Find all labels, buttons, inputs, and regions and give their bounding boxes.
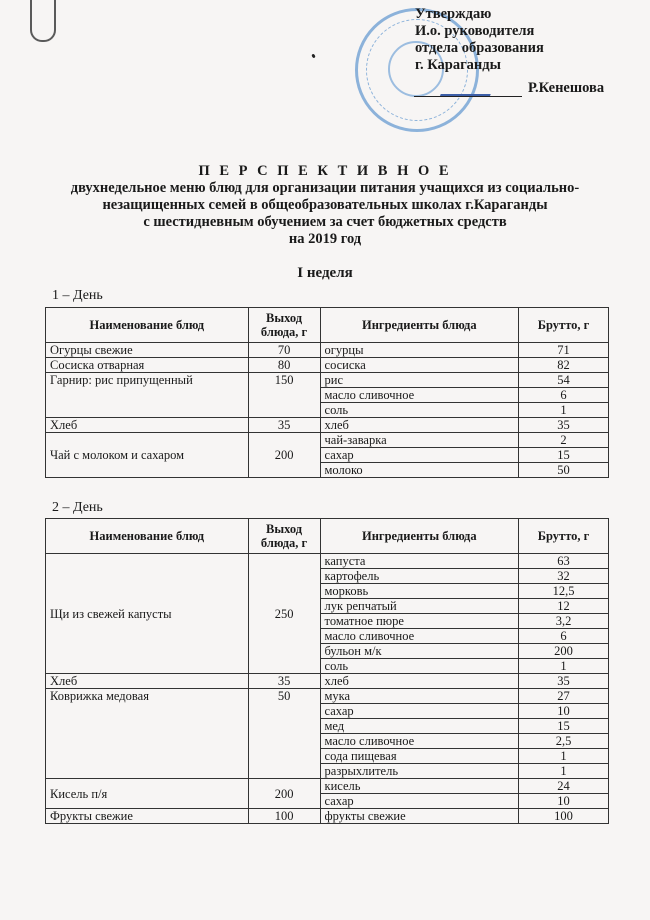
header-ingredients: Ингредиенты блюда: [320, 519, 519, 554]
header-gross: Брутто, г: [519, 308, 609, 343]
ingredient-gross: 100: [519, 809, 609, 824]
ingredient-name: масло сливочное: [320, 629, 519, 644]
table-row: Кисель п/я200кисель24: [46, 779, 609, 794]
table-row: Хлеб35хлеб35: [46, 674, 609, 689]
dish-yield: 100: [248, 809, 320, 824]
ingredient-name: разрыхлитель: [320, 764, 519, 779]
dish-name: Коврижка медовая: [46, 689, 249, 779]
title-main: П Е Р С П Е К Т И В Н О Е: [0, 163, 650, 180]
approval-line: г. Караганды: [415, 57, 544, 74]
ingredient-name: морковь: [320, 584, 519, 599]
approval-block: Утверждаю И.о. руководителя отдела образ…: [415, 6, 544, 74]
menu-table-day-2: Наименование блюдВыходблюда, гИнгредиент…: [45, 518, 609, 824]
signature-line: [414, 82, 522, 97]
signature-icon: [440, 74, 498, 96]
ingredient-gross: 1: [519, 403, 609, 418]
ingredient-gross: 32: [519, 569, 609, 584]
header-dish: Наименование блюд: [46, 519, 249, 554]
day-label: 2 – День: [52, 500, 103, 516]
signature-row: Р.Кенешова: [414, 80, 604, 97]
dish-name: Гарнир: рис припущенный: [46, 373, 249, 418]
approval-line: Утверждаю: [415, 6, 544, 23]
header-yield-line2: блюда, г: [261, 325, 307, 339]
ingredient-gross: 10: [519, 704, 609, 719]
ingredient-gross: 10: [519, 794, 609, 809]
ingredient-gross: 2: [519, 433, 609, 448]
dish-yield: 50: [248, 689, 320, 779]
header-dish: Наименование блюд: [46, 308, 249, 343]
dish-yield: 200: [248, 433, 320, 478]
ingredient-gross: 1: [519, 749, 609, 764]
ingredient-name: фрукты свежие: [320, 809, 519, 824]
dish-name: Огурцы свежие: [46, 343, 249, 358]
table-header-row: Наименование блюдВыходблюда, гИнгредиент…: [46, 308, 609, 343]
ingredient-name: масло сливочное: [320, 734, 519, 749]
title-line: на 2019 год: [0, 231, 650, 248]
ingredient-name: мед: [320, 719, 519, 734]
ingredient-gross: 200: [519, 644, 609, 659]
dish-yield: 35: [248, 418, 320, 433]
ingredient-name: масло сливочное: [320, 388, 519, 403]
dish-yield: 150: [248, 373, 320, 418]
ingredient-gross: 12: [519, 599, 609, 614]
dish-name: Хлеб: [46, 674, 249, 689]
ingredient-gross: 27: [519, 689, 609, 704]
header-ingredients: Ингредиенты блюда: [320, 308, 519, 343]
table-row: Гарнир: рис припущенный150рис54: [46, 373, 609, 388]
dish-yield: 70: [248, 343, 320, 358]
approval-line: И.о. руководителя: [415, 23, 544, 40]
ingredient-name: соль: [320, 403, 519, 418]
ingredient-name: томатное пюре: [320, 614, 519, 629]
table-row: Коврижка медовая50мука27: [46, 689, 609, 704]
table-row: Щи из свежей капусты250капуста63: [46, 554, 609, 569]
dish-name: Кисель п/я: [46, 779, 249, 809]
header-gross: Брутто, г: [519, 519, 609, 554]
ingredient-name: соль: [320, 659, 519, 674]
paperclip-icon: [30, 0, 56, 42]
document-page: Утверждаю И.о. руководителя отдела образ…: [0, 0, 650, 920]
header-yield: Выходблюда, г: [248, 308, 320, 343]
approval-line: отдела образования: [415, 40, 544, 57]
ingredient-gross: 12,5: [519, 584, 609, 599]
ingredient-gross: 35: [519, 418, 609, 433]
header-yield-line2: блюда, г: [261, 536, 307, 550]
ingredient-gross: 35: [519, 674, 609, 689]
dish-yield: 35: [248, 674, 320, 689]
header-yield-line1: Выход: [266, 311, 302, 325]
ingredient-gross: 71: [519, 343, 609, 358]
ingredient-gross: 54: [519, 373, 609, 388]
ingredient-gross: 15: [519, 719, 609, 734]
ingredient-gross: 2,5: [519, 734, 609, 749]
ingredient-name: чай-заварка: [320, 433, 519, 448]
ingredient-gross: 6: [519, 388, 609, 403]
ingredient-gross: 15: [519, 448, 609, 463]
title-line: с шестидневным обучением за счет бюджетн…: [0, 214, 650, 231]
dish-name: Фрукты свежие: [46, 809, 249, 824]
header-yield: Выходблюда, г: [248, 519, 320, 554]
dish-yield: 250: [248, 554, 320, 674]
ingredient-gross: 82: [519, 358, 609, 373]
menu-table-day-1: Наименование блюдВыходблюда, гИнгредиент…: [45, 307, 609, 478]
table-header-row: Наименование блюдВыходблюда, гИнгредиент…: [46, 519, 609, 554]
ingredient-name: огурцы: [320, 343, 519, 358]
ingredient-name: молоко: [320, 463, 519, 478]
header-yield-line1: Выход: [266, 522, 302, 536]
document-title: П Е Р С П Е К Т И В Н О Е двухнедельное …: [0, 163, 650, 248]
ingredient-name: картофель: [320, 569, 519, 584]
title-line: двухнедельное меню блюд для организации …: [0, 180, 650, 197]
ingredient-name: сахар: [320, 794, 519, 809]
title-line: незащищенных семей в общеобразовательных…: [0, 197, 650, 214]
dish-name: Сосиска отварная: [46, 358, 249, 373]
ingredient-name: кисель: [320, 779, 519, 794]
table-row: Огурцы свежие70огурцы71: [46, 343, 609, 358]
table-row: Хлеб35хлеб35: [46, 418, 609, 433]
dish-name: Щи из свежей капусты: [46, 554, 249, 674]
table-row: Чай с молоком и сахаром200чай-заварка2: [46, 433, 609, 448]
ingredient-gross: 6: [519, 629, 609, 644]
dish-yield: 80: [248, 358, 320, 373]
ingredient-name: лук репчатый: [320, 599, 519, 614]
ingredient-name: капуста: [320, 554, 519, 569]
table-row: Сосиска отварная80сосиска82: [46, 358, 609, 373]
table-row: Фрукты свежие100фрукты свежие100: [46, 809, 609, 824]
ink-speck: [311, 54, 316, 59]
ingredient-gross: 50: [519, 463, 609, 478]
ingredient-name: мука: [320, 689, 519, 704]
ingredient-name: хлеб: [320, 418, 519, 433]
ingredient-gross: 63: [519, 554, 609, 569]
signatory-name: Р.Кенешова: [528, 80, 604, 96]
ingredient-name: сосиска: [320, 358, 519, 373]
ingredient-name: сода пищевая: [320, 749, 519, 764]
ingredient-name: хлеб: [320, 674, 519, 689]
week-heading: I неделя: [0, 265, 650, 282]
dish-yield: 200: [248, 779, 320, 809]
ingredient-gross: 24: [519, 779, 609, 794]
ingredient-gross: 1: [519, 764, 609, 779]
dish-name: Чай с молоком и сахаром: [46, 433, 249, 478]
ingredient-name: сахар: [320, 704, 519, 719]
ingredient-name: сахар: [320, 448, 519, 463]
ingredient-name: рис: [320, 373, 519, 388]
ingredient-gross: 1: [519, 659, 609, 674]
ingredient-name: бульон м/к: [320, 644, 519, 659]
day-label: 1 – День: [52, 288, 103, 304]
ingredient-gross: 3,2: [519, 614, 609, 629]
dish-name: Хлеб: [46, 418, 249, 433]
